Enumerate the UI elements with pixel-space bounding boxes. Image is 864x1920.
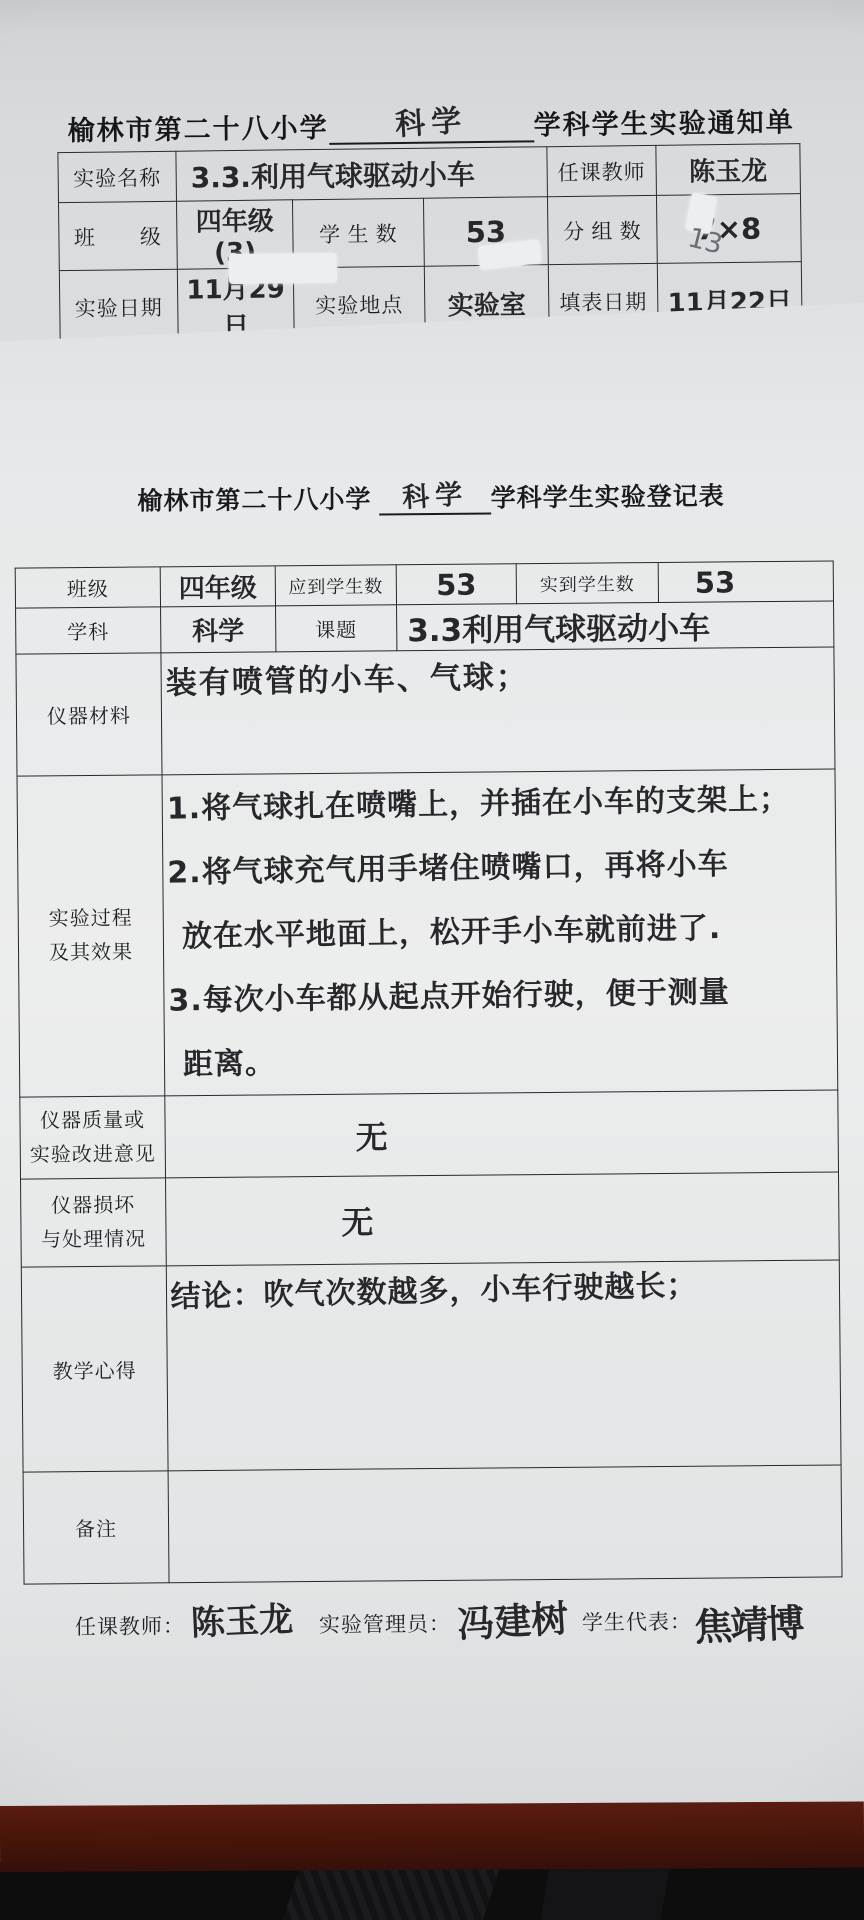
photo-canvas: 榆林市第二十八小学科学学科学生实验通知单 实验名称 3.3.利用气球驱动小车 任… xyxy=(0,0,864,1920)
notice-form-content: 榆林市第二十八小学科学学科学生实验通知单 实验名称 3.3.利用气球驱动小车 任… xyxy=(0,0,863,149)
label-teacher: 任课教师 xyxy=(547,145,657,196)
register-form-title: 榆林市第二十八小学 科学学科学生实验登记表 xyxy=(0,470,863,519)
process-step: 1.将气球扎在喷嘴上，并插在小车的支架上； xyxy=(166,769,831,842)
label-group-count: 分 组 数 xyxy=(547,195,657,264)
value-remarks xyxy=(168,1465,842,1583)
register-form-table: 班级 四年级 应到学生数 53 实到学生数 53 学科 科学 课题 3.3利用气… xyxy=(15,560,843,1584)
label-expected-students: 应到学生数 xyxy=(275,565,396,606)
floor-shadow-shape xyxy=(280,1868,499,1920)
value-class: 四年级 xyxy=(160,566,275,607)
process-step: 2.将气球充气用手堵住喷嘴口，再将小车 xyxy=(167,831,832,905)
table-row: 班级 四年级 应到学生数 53 实到学生数 53 xyxy=(15,561,833,608)
value-quality: 无 xyxy=(165,1090,839,1178)
label-teacher-signature: 任课教师： xyxy=(75,1610,185,1641)
register-subject-blank: 科学 xyxy=(379,473,491,515)
value-reflection: 结论：吹气次数越多，小车行驶越长； xyxy=(165,1255,842,1475)
label-process-line1: 实验过程 xyxy=(23,901,159,936)
value-experiment-name: 3.3.利用气球驱动小车 xyxy=(176,147,548,202)
label-topic: 课题 xyxy=(276,605,397,652)
label-damage-line2: 与处理情况 xyxy=(25,1222,161,1257)
notice-form-title: 榆林市第二十八小学科学学科学生实验通知单 xyxy=(0,92,863,149)
table-row: 实验名称 3.3.利用气球驱动小车 任课教师 陈玉龙 xyxy=(58,144,801,203)
label-remarks: 备注 xyxy=(23,1471,169,1584)
label-quality-line2: 实验改进意见 xyxy=(25,1137,161,1172)
label-subject: 学科 xyxy=(16,607,161,654)
student-signature: 焦靖博 xyxy=(693,1592,803,1652)
value-materials: 装有喷管的小车、气球； xyxy=(160,643,835,778)
value-damage: 无 xyxy=(166,1172,840,1266)
label-manager-signature: 实验管理员： xyxy=(319,1608,451,1639)
process-step: 放在水平地面上，松开手小车就前进了. xyxy=(167,895,832,969)
table-row: 备注 xyxy=(23,1465,842,1584)
table-row: 教学心得 结论：吹气次数越多，小车行驶越长； xyxy=(21,1260,841,1472)
value-expected-students: 53 xyxy=(396,564,516,605)
value-group-count: 7×8 xyxy=(656,194,801,264)
notice-title-school: 榆林市第二十八小学 xyxy=(67,113,328,146)
label-class: 班 级 xyxy=(59,201,178,270)
label-process-line2: 及其效果 xyxy=(23,935,159,970)
label-class: 班级 xyxy=(15,567,160,608)
process-step: 3.每次小车都从起点开始行驶，便于测量 xyxy=(168,959,833,1033)
value-topic: 3.3利用气球驱动小车 xyxy=(397,601,834,651)
manager-signature: 冯建树 xyxy=(456,1588,570,1649)
label-reflection: 教学心得 xyxy=(21,1266,168,1472)
label-materials: 仪器材料 xyxy=(16,653,162,776)
label-experiment-name: 实验名称 xyxy=(58,151,177,202)
notice-subject-blank: 科学 xyxy=(328,96,534,145)
label-process: 实验过程 及其效果 xyxy=(17,775,165,1097)
table-row: 仪器质量或 实验改进意见 无 xyxy=(20,1090,839,1179)
value-actual-students: 53 xyxy=(658,561,833,603)
table-row: 仪器损坏 与处理情况 无 xyxy=(21,1172,840,1267)
label-experiment-date: 实验日期 xyxy=(59,269,178,345)
value-teacher: 陈玉龙 xyxy=(656,144,801,196)
notice-title-suffix: 学科学生实验通知单 xyxy=(533,107,794,140)
floor-shadow-shape xyxy=(540,1864,671,1920)
notice-subject-handwritten: 科学 xyxy=(394,95,469,144)
desk-edge xyxy=(0,1801,864,1872)
register-subject-handwritten: 科学 xyxy=(401,472,469,515)
label-actual-students: 实到学生数 xyxy=(516,563,658,604)
label-quality-line1: 仪器质量或 xyxy=(24,1103,160,1138)
signature-row: 任课教师： 陈玉龙 实验管理员： 冯建树 学生代表： 焦靖博 xyxy=(9,1583,864,1646)
teacher-signature: 陈玉龙 xyxy=(190,1591,294,1644)
table-row: 仪器材料 装有喷管的小车、气球； xyxy=(16,647,835,776)
label-damage-line1: 仪器损坏 xyxy=(25,1188,161,1223)
register-form-sheet: 榆林市第二十八小学 科学学科学生实验登记表 班级 四年级 应到学生数 53 实到… xyxy=(0,302,864,1810)
value-process: 1.将气球扎在喷嘴上，并插在小车的支架上； 2.将气球充气用手堵住喷嘴口，再将小… xyxy=(162,769,838,1096)
register-title-suffix: 学科学生实验登记表 xyxy=(491,483,725,512)
process-step: 距离。 xyxy=(169,1023,834,1096)
label-student-signature: 学生代表： xyxy=(582,1606,692,1637)
table-row: 实验过程 及其效果 1.将气球扎在喷嘴上，并插在小车的支架上； 2.将气球充气用… xyxy=(17,769,838,1097)
register-title-school: 榆林市第二十八小学 xyxy=(137,487,371,516)
whiteout-patch xyxy=(229,253,337,284)
label-quality: 仪器质量或 实验改进意见 xyxy=(20,1096,166,1179)
value-subject: 科学 xyxy=(161,606,276,653)
label-damage: 仪器损坏 与处理情况 xyxy=(21,1178,167,1267)
